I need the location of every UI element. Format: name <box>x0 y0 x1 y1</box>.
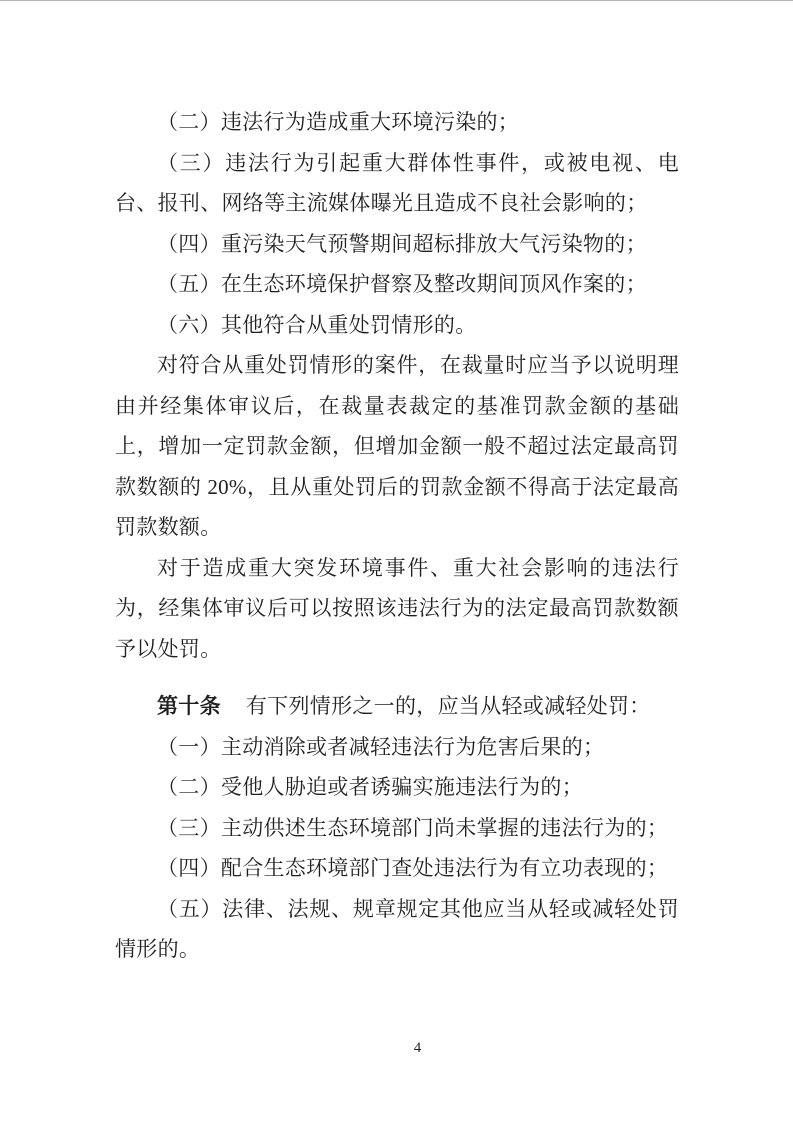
article-number-label: 第十条 <box>157 694 221 718</box>
paragraph-text: （二）受他人胁迫或者诱骗实施违法行为的； <box>157 775 583 799</box>
paragraph-text: （四）重污染天气预警期间超标排放大气污染物的； <box>157 232 647 256</box>
paragraph: 对于造成重大突发环境事件、重大社会影响的违法行为，经集体审议后可以按照该违法行为… <box>115 548 679 670</box>
paragraph-text: 对于造成重大突发环境事件、重大社会影响的违法行为，经集体审议后可以按照该违法行为… <box>115 556 679 661</box>
document-page: （二）违法行为造成重大环境污染的；（三）违法行为引起重大群体性事件，或被电视、电… <box>0 0 793 1122</box>
paragraph-text: （二）违法行为造成重大环境污染的； <box>157 110 519 134</box>
paragraph-text: （一）主动消除或者减轻违法行为危害后果的； <box>157 735 604 759</box>
paragraph: （二）受他人胁迫或者诱骗实施违法行为的； <box>115 767 679 808</box>
paragraph-text: （三）主动供述生态环境部门尚未掌握的违法行为的； <box>157 816 668 840</box>
paragraph: （二）违法行为造成重大环境污染的； <box>115 102 679 143</box>
paragraph-text: （六）其他符合从重处罚情形的。 <box>157 313 477 337</box>
document-body: （二）违法行为造成重大环境污染的；（三）违法行为引起重大群体性事件，或被电视、电… <box>115 102 679 970</box>
paragraph: 对符合从重处罚情形的案件，在裁量时应当予以说明理由并经集体审议后，在裁量表裁定的… <box>115 345 679 548</box>
paragraph-text: （三）违法行为引起重大群体性事件，或被电视、电台、报刊、网络等主流媒体曝光且造成… <box>115 151 679 216</box>
scan-edge-line <box>0 0 793 1</box>
paragraph: （四）配合生态环境部门查处违法行为有立功表现的； <box>115 848 679 889</box>
paragraph: （六）其他符合从重处罚情形的。 <box>115 305 679 346</box>
paragraph: （五）在生态环境保护督察及整改期间顶风作案的； <box>115 264 679 305</box>
paragraph-text: （五）法律、法规、规章规定其他应当从轻或减轻处罚情形的。 <box>115 897 679 962</box>
paragraph: （三）违法行为引起重大群体性事件，或被电视、电台、报刊、网络等主流媒体曝光且造成… <box>115 143 679 224</box>
paragraph: （一）主动消除或者减轻违法行为危害后果的； <box>115 727 679 768</box>
paragraph: （三）主动供述生态环境部门尚未掌握的违法行为的； <box>115 808 679 849</box>
paragraph-text: （四）配合生态环境部门查处违法行为有立功表现的； <box>157 856 668 880</box>
page-number: 4 <box>0 1039 793 1057</box>
paragraph-text: （五）在生态环境保护督察及整改期间顶风作案的； <box>157 272 647 296</box>
paragraph: （四）重污染天气预警期间超标排放大气污染物的； <box>115 224 679 265</box>
paragraph-text: 对符合从重处罚情形的案件，在裁量时应当予以说明理由并经集体审议后，在裁量表裁定的… <box>115 353 679 539</box>
article-heading-paragraph: 第十条有下列情形之一的，应当从轻或减轻处罚： <box>115 686 679 727</box>
paragraph-text: 有下列情形之一的，应当从轻或减轻处罚： <box>246 694 651 718</box>
paragraph: （五）法律、法规、规章规定其他应当从轻或减轻处罚情形的。 <box>115 889 679 970</box>
